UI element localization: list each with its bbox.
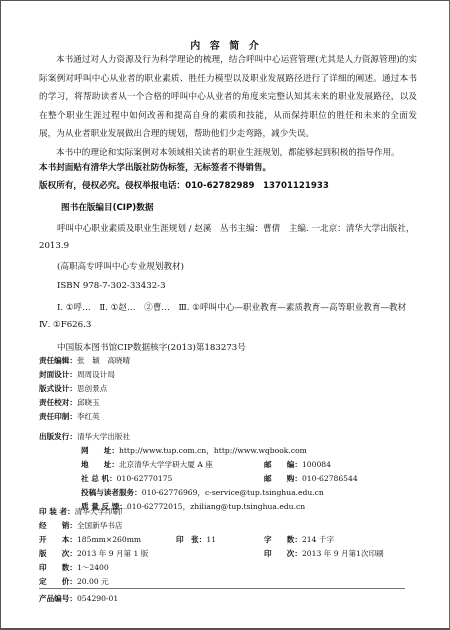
edition: 版 次：2013 年 9 月第 1 版 [39, 548, 148, 559]
cip-classification-1: Ⅰ. ①呼… Ⅱ. ①赵… ②曹… Ⅲ. ①呼叫中心—职业教育—素质教育—高等职… [57, 301, 406, 313]
credit-proofreader: 责任校对：邱晓玉 [39, 397, 100, 408]
cip-heading: 图书在版编目(CIP)数据 [61, 201, 153, 213]
summary-title: 内 容 简 介 [1, 37, 450, 52]
format: 开 本：185mm×260mm [39, 534, 141, 545]
cip-isbn: ISBN 978-7-302-33432-3 [57, 281, 166, 291]
summary-paragraph-2: 本书中的理论和实际案例对本领域相关读者的职业生涯规划，都能够起到积极的指导作用。 [39, 144, 417, 163]
publisher-reader-service: 投稿与读者服务：010-62776969，c-service@tup.tsing… [81, 487, 324, 498]
product-code: 产品编号：054290-01 [39, 593, 118, 604]
anti-counterfeit-notice: 本书封面贴有清华大学出版社防伪标签，无标签者不得销售。 [39, 161, 271, 173]
cip-number: 中国版本图书馆CIP数据核字(2013)第183273号 [57, 341, 246, 353]
copyright-page: 内 容 简 介 本书通过对人力资源及行为科学理论的梳理，结合呼叫中心运营管理(尤… [0, 0, 450, 630]
credit-printing: 责任印制：李红英 [39, 411, 100, 422]
distributor: 经 销：全国新华书店 [39, 520, 123, 531]
publisher-address: 地 址：北京清华大学学研大厦 A 座 [81, 459, 213, 470]
credit-cover-design: 封面设计：周周设计局 [39, 369, 115, 380]
print-run: 印 数：1～2400 [39, 562, 109, 573]
printed-sheets: 印 张：11 [176, 534, 216, 545]
impression: 印 次：2013 年 9 月第1次印刷 [264, 548, 384, 559]
publisher-mail-order: 邮 购：010-62786544 [264, 473, 358, 484]
publisher: 出版发行：清华大学出版社 [39, 431, 130, 442]
copyright-notice: 版权所有，侵权必究。侵权举报电话：010-62782989 1370112193… [39, 179, 329, 191]
divider-rule [39, 588, 405, 589]
printer: 印 装 者：清华大学印刷厂 [39, 506, 128, 517]
credit-layout-design: 版式设计：思创景点 [39, 383, 107, 394]
publisher-postcode: 邮 编：100084 [264, 459, 331, 470]
publisher-website: 网 址：http://www.tup.com.cn，http://www.wqb… [81, 445, 307, 456]
cip-classification-2: Ⅳ. ①F626.3 [39, 320, 91, 330]
credit-editor: 责任编辑：张 颖 高晓晴 [39, 355, 130, 366]
word-count: 字 数：214 千字 [264, 534, 334, 545]
summary-paragraph-1: 本书通过对人力资源及行为科学理论的梳理，结合呼叫中心运营管理(尤其是人力资源管理… [39, 51, 417, 144]
price: 定 价：20.00 元 [39, 576, 109, 587]
publisher-switchboard: 社 总 机：010-62770175 [81, 473, 172, 484]
cip-entry-line-1: 呼叫中心职业素质及职业生涯规划 / 赵溪 丛书主编：曹倩 主编. 一北京：清华大… [57, 222, 415, 234]
cip-series: (高职高专呼叫中心专业规划教材) [57, 260, 184, 272]
cip-entry-line-2: 2013.9 [39, 241, 69, 251]
